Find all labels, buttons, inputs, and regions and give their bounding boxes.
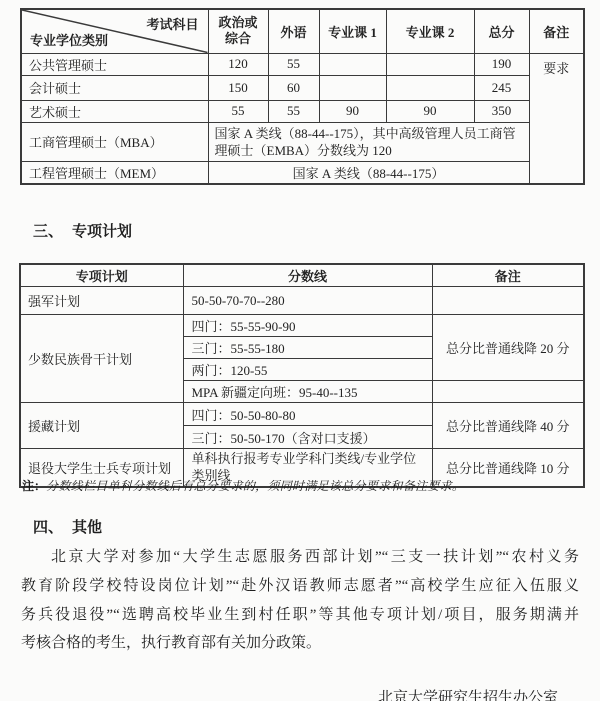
table-footnote: 注：分数线栏目单科分数线后有总分要求的，须同时满足该总分要求和备注要求。 xyxy=(22,477,578,494)
row-public-admin: 公共管理硕士 120 55 190 要求 xyxy=(21,53,584,75)
major1-score xyxy=(319,75,386,100)
politics-score: 55 xyxy=(208,100,268,122)
politics-score: 150 xyxy=(208,75,268,100)
col-header-politics: 政治或 综合 xyxy=(208,9,268,53)
minority-remark: 总分比普通线降 20 分 xyxy=(432,315,584,381)
footnote-label: 注： xyxy=(22,479,46,493)
row-mem: 工程管理硕士（MEM） 国家 A 类线（88-44--175） xyxy=(21,161,584,184)
corner-label-degree-type: 专业学位类别 xyxy=(30,30,108,49)
col-header-major2: 专业课 2 xyxy=(386,9,474,53)
footnote-text: 分数线栏目单科分数线后有总分要求的，须同时满足该总分要求和备注要求。 xyxy=(46,479,464,493)
foreign-score: 55 xyxy=(268,100,319,122)
paragraph-line: 考核合格的考生，执行教育部有关加分政策。 xyxy=(21,629,579,658)
plan-score: 四门：50-50-80-80 xyxy=(183,403,432,426)
row-mba: 工商管理硕士（MBA） 国家 A 类线（88-44--175），其中高级管理人员… xyxy=(21,122,584,161)
mpa-remark xyxy=(432,381,584,403)
other-policies-paragraph: 北京大学对参加“大学生志愿服务西部计划”“三支一扶计划”“农村义务 教育阶段学校… xyxy=(21,543,579,658)
foreign-score: 60 xyxy=(268,75,319,100)
total-score: 190 xyxy=(474,53,529,75)
plan-score: 两门：120-55 xyxy=(183,359,432,381)
signature-graduate-admissions-office: 北京大学研究生招生办公室 xyxy=(378,686,558,701)
major1-score xyxy=(319,53,386,75)
col-header-total: 总分 xyxy=(474,9,529,53)
col-header-remark: 备注 xyxy=(529,9,584,53)
section3-title: 专项计划 xyxy=(72,223,132,240)
merged-remark-cell: 要求 xyxy=(529,53,584,184)
total-score: 245 xyxy=(474,75,529,100)
plan-score: 四门：55-55-90-90 xyxy=(183,315,432,337)
degree-name: 会计硕士 xyxy=(21,75,208,100)
major2-score: 90 xyxy=(386,100,474,122)
section4-heading: 四、其他 xyxy=(33,516,102,537)
major2-score xyxy=(386,75,474,100)
plan-score: 50-50-70-70--280 xyxy=(183,287,432,315)
plan-name-tibet: 援藏计划 xyxy=(20,403,183,449)
mba-national-line-cell: 国家 A 类线（88-44--175），其中高级管理人员工商管理硕士（EMBA）… xyxy=(208,122,529,161)
mem-national-line-cell: 国家 A 类线（88-44--175） xyxy=(208,161,529,184)
col-header-foreign: 外语 xyxy=(268,9,319,53)
section3-number: 三、 xyxy=(33,223,63,240)
diagonal-header-cell: 考试科目 专业学位类别 xyxy=(21,9,208,53)
row-arts: 艺术硕士 55 55 90 90 350 xyxy=(21,100,584,122)
major2-score xyxy=(386,53,474,75)
paragraph-line: 北京大学对参加“大学生志愿服务西部计划”“三支一扶计划”“农村义务 xyxy=(21,543,579,572)
row-qiangjun: 强军计划 50-50-70-70--280 xyxy=(20,287,584,315)
degree-score-table: 考试科目 专业学位类别 政治或 综合 外语 专业课 1 专业课 2 总分 备注 … xyxy=(20,8,585,185)
col-header-major1: 专业课 1 xyxy=(319,9,386,53)
table1-header-row: 考试科目 专业学位类别 政治或 综合 外语 专业课 1 专业课 2 总分 备注 xyxy=(21,9,584,53)
col-header-plan: 专项计划 xyxy=(20,264,183,287)
section4-title: 其他 xyxy=(72,519,102,536)
col-header-remark2: 备注 xyxy=(432,264,584,287)
paragraph-line: 务兵役退役”“选聘高校毕业生到村任职”等其他专项计划/项目，服务期满并 xyxy=(21,601,579,630)
plan-name-minority: 少数民族骨干计划 xyxy=(20,315,183,403)
row-accounting: 会计硕士 150 60 245 xyxy=(21,75,584,100)
table2-header-row: 专项计划 分数线 备注 xyxy=(20,264,584,287)
degree-name: 工程管理硕士（MEM） xyxy=(21,161,208,184)
col-header-scoreline: 分数线 xyxy=(183,264,432,287)
plan-remark xyxy=(432,287,584,315)
degree-name: 艺术硕士 xyxy=(21,100,208,122)
tibet-remark: 总分比普通线降 40 分 xyxy=(432,403,584,449)
major1-score: 90 xyxy=(319,100,386,122)
degree-name: 工商管理硕士（MBA） xyxy=(21,122,208,161)
corner-label-exam-subjects: 考试科目 xyxy=(146,14,198,33)
row-minority-4: 少数民族骨干计划 四门：55-55-90-90 总分比普通线降 20 分 xyxy=(20,315,584,337)
foreign-score: 55 xyxy=(268,53,319,75)
section4-number: 四、 xyxy=(33,519,63,536)
plan-score: MPA 新疆定向班：95-40--135 xyxy=(183,381,432,403)
total-score: 350 xyxy=(474,100,529,122)
special-program-table: 专项计划 分数线 备注 强军计划 50-50-70-70--280 少数民族骨干… xyxy=(19,263,585,488)
plan-name: 强军计划 xyxy=(20,287,183,315)
row-tibet-4: 援藏计划 四门：50-50-80-80 总分比普通线降 40 分 xyxy=(20,403,584,426)
section3-heading: 三、专项计划 xyxy=(33,220,132,241)
paragraph-line: 教育阶段学校特设岗位计划”“赴外汉语教师志愿者”“高校学生应征入伍服义 xyxy=(21,572,579,601)
politics-score: 120 xyxy=(208,53,268,75)
plan-score: 三门：55-55-180 xyxy=(183,337,432,359)
degree-name: 公共管理硕士 xyxy=(21,53,208,75)
plan-score: 三门：50-50-170（含对口支援） xyxy=(183,426,432,449)
